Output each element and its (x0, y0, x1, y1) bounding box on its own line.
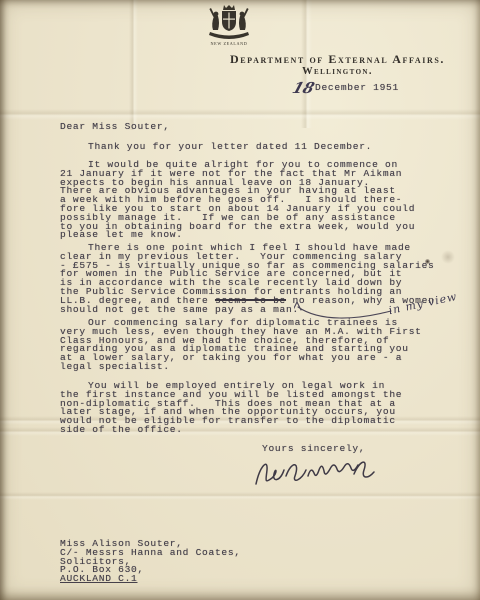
scanned-letter-page: NEW ZEALAND Department of External Affai… (0, 0, 480, 600)
paragraph-trainees: Our commencing salary for diplomatic tra… (60, 319, 460, 372)
nz-coat-of-arms-icon: NEW ZEALAND (197, 2, 261, 48)
signature-scribble (250, 452, 380, 494)
date-typed: December 1951 (315, 84, 399, 93)
fold-crease-lower (0, 492, 480, 500)
paragraph-thanks: Thank you for your letter dated 11 Decem… (60, 143, 460, 152)
fold-crease-vertical-left (129, 0, 138, 130)
recipient-address: Miss Alison Souter, C/- Messrs Hanna and… (60, 540, 460, 584)
letterhead-city: Wellington. (225, 66, 450, 77)
fold-crease-upper (0, 109, 480, 120)
date-day-handwritten: 18 (290, 79, 317, 97)
paragraph-legal-work: You will be employed entirely on legal w… (60, 382, 460, 435)
salutation: Dear Miss Souter, (60, 123, 460, 132)
ink-smudge (441, 250, 455, 264)
paragraph-start-date: It would be quite alright for you to com… (60, 161, 460, 240)
recipient-line-city: AUCKLAND C.1 (60, 573, 138, 584)
ink-dot (425, 259, 430, 264)
letterhead-department: Department of External Affairs. (225, 52, 450, 67)
crest-motto-text: NEW ZEALAND (211, 41, 248, 46)
